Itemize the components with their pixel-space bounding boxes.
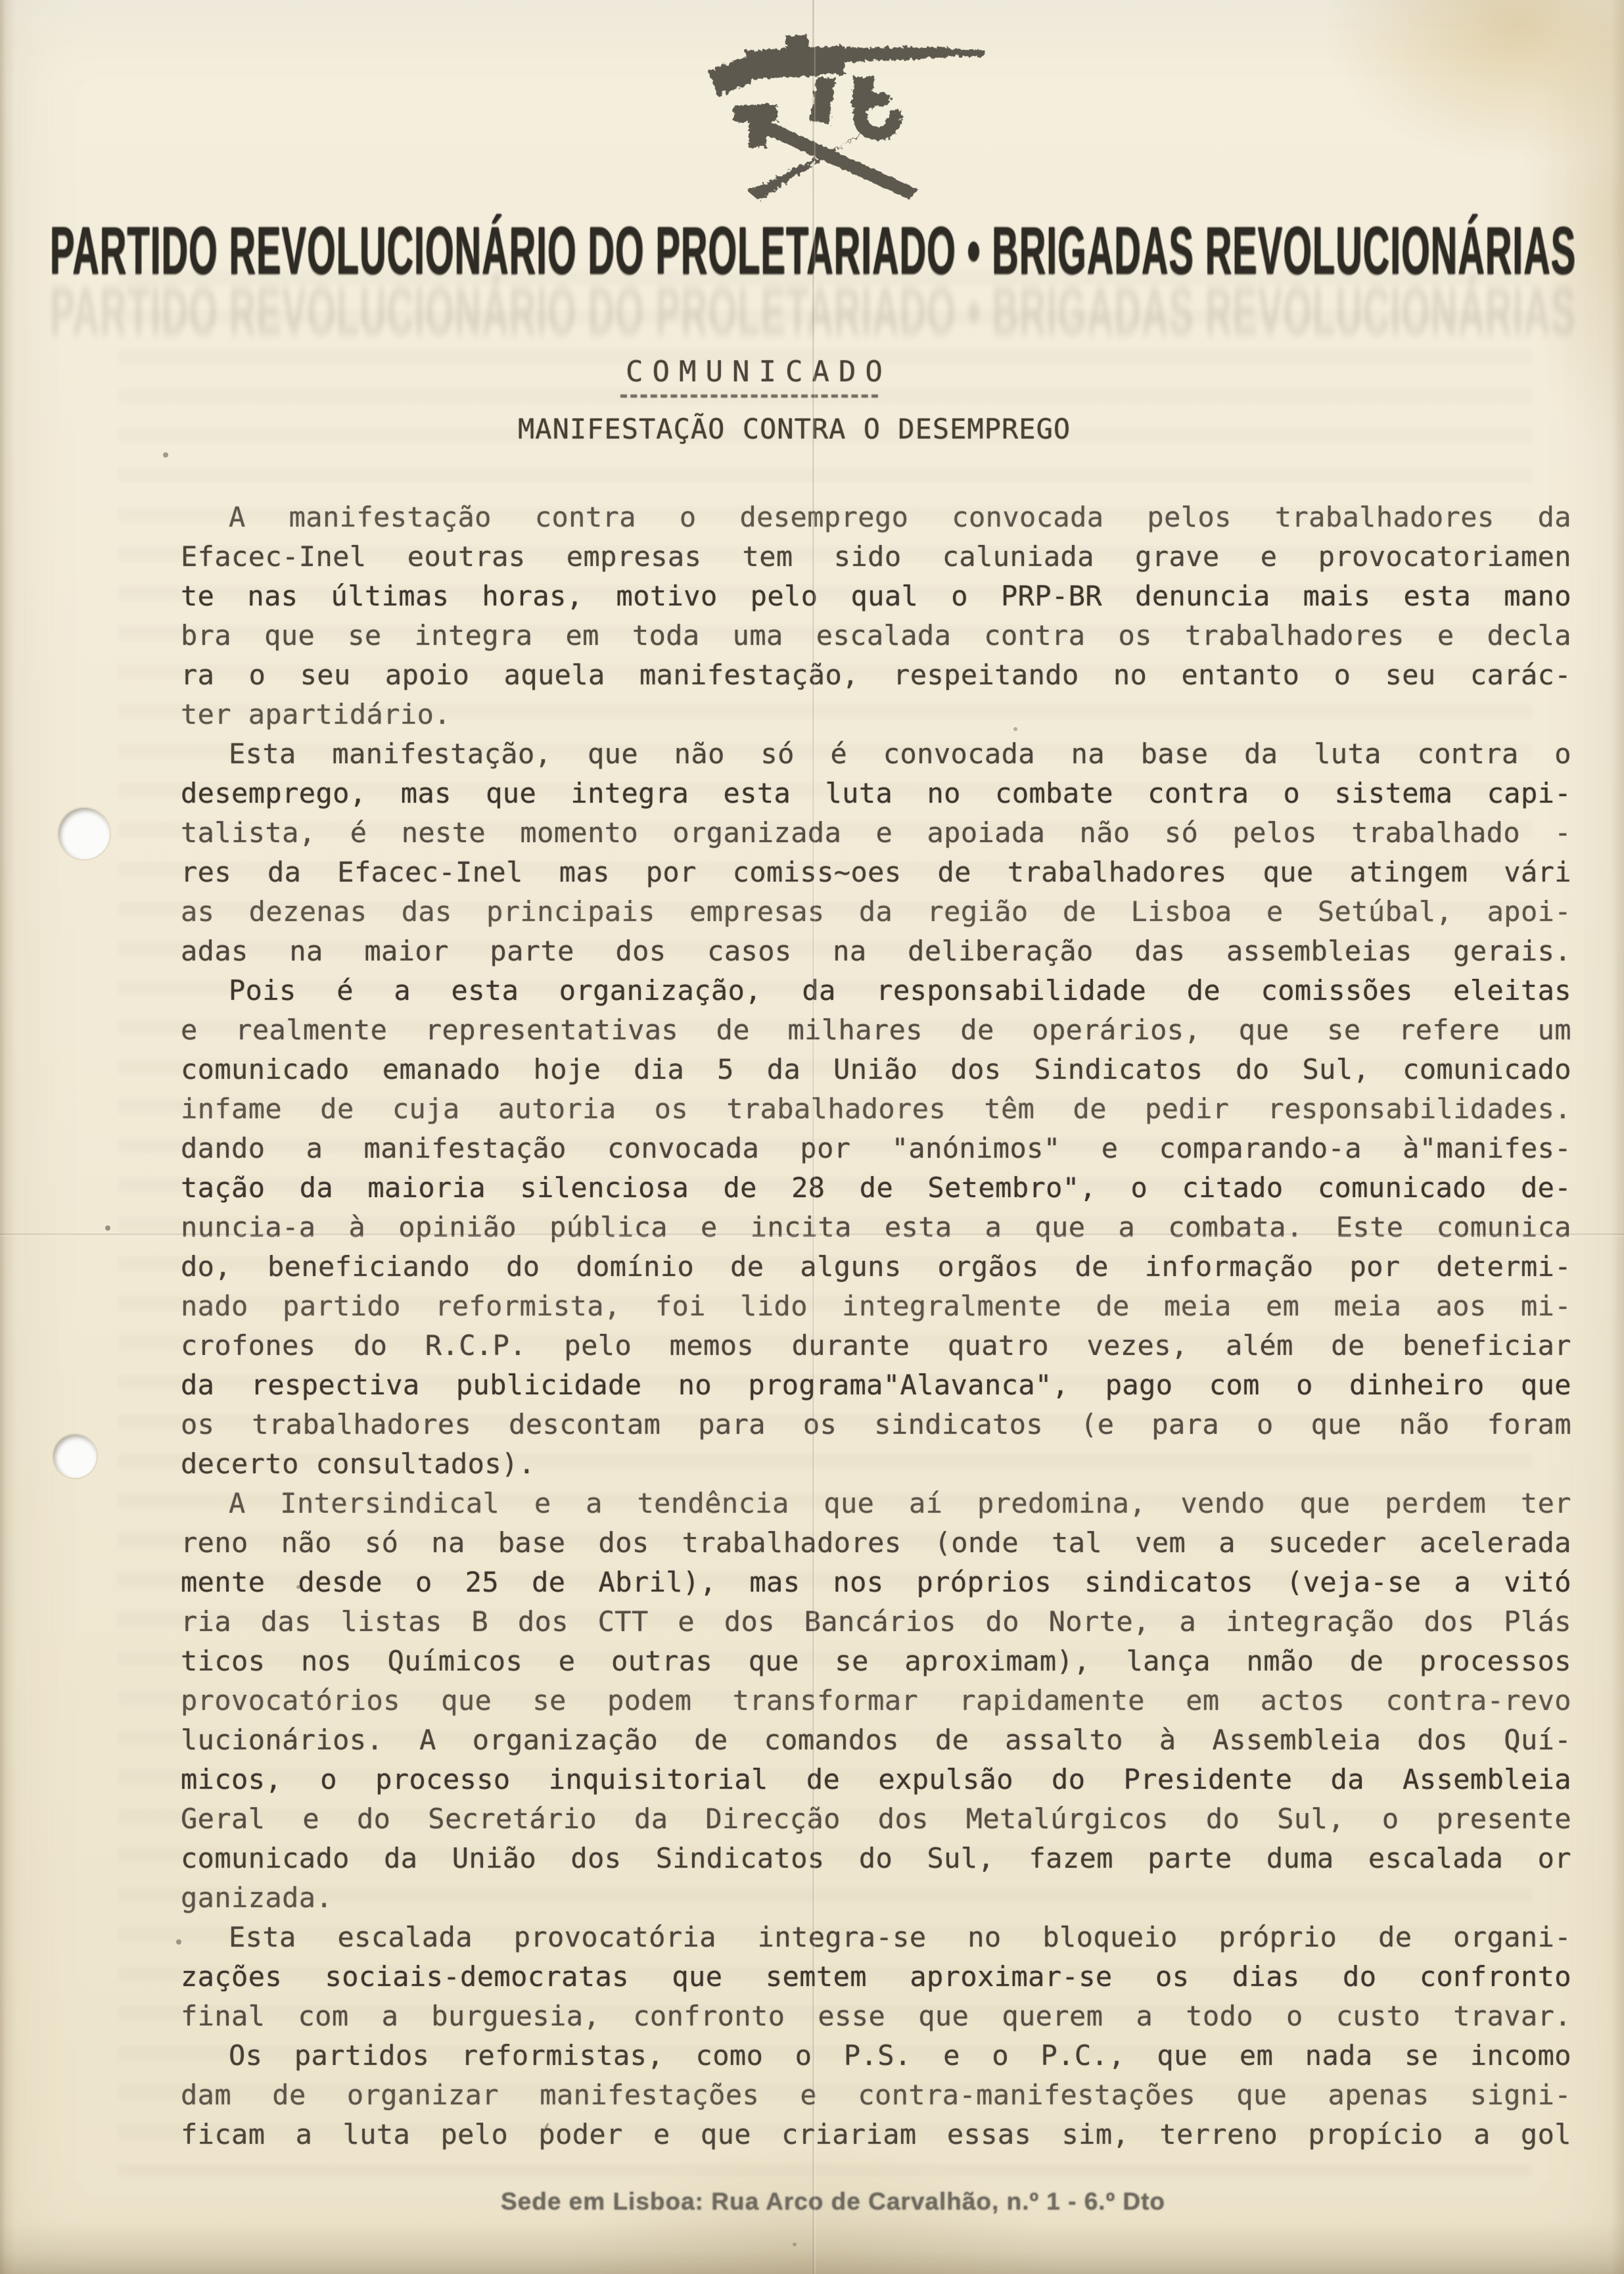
body-line: Esta escalada provocatória integra-se no… <box>181 1918 1571 1957</box>
body-line: os trabalhadores descontam para os sindi… <box>181 1405 1571 1444</box>
body-line: comunicado da União dos Sindicatos do Su… <box>181 1839 1571 1878</box>
body-line: tação da maioria silenciosa de 28 de Set… <box>181 1168 1571 1208</box>
body-line: talista, é neste momento organizada e ap… <box>181 813 1571 853</box>
body-line: A Intersindical e a tendência que aí pre… <box>181 1484 1571 1523</box>
body-line: mente desde o 25 de Abril), mas nos próp… <box>181 1563 1571 1602</box>
body-line: nuncia-a à opinião pública e incita esta… <box>181 1208 1571 1247</box>
body-line: A manifestação contra o desemprego convo… <box>181 498 1571 537</box>
body-line: decerto consultados). <box>181 1444 1571 1484</box>
body-line: nado partido reformista, foi lido integr… <box>181 1287 1571 1326</box>
rifle-hammer-wrench-icon <box>687 30 999 203</box>
body-line: crofones do R.C.P. pelo memos durante qu… <box>181 1326 1571 1365</box>
body-line: lucionários. A organização de comandos d… <box>181 1720 1571 1760</box>
doc-type-title: COMUNICADO <box>626 355 892 389</box>
body-line: te nas últimas horas, motivo pelo qual o… <box>181 577 1571 616</box>
body-line: res da Efacec-Inel mas por comiss~oes de… <box>181 853 1571 892</box>
body-line: as dezenas das principais empresas da re… <box>181 892 1571 932</box>
body-line: bra que se integra em toda uma escalada … <box>181 616 1571 655</box>
doc-subtitle: MANIFESTAÇÃO CONTRA O DESEMPREGO <box>518 413 1071 445</box>
body-line: reno não só na base dos trabalhadores (o… <box>181 1523 1571 1563</box>
body-line: dam de organizar manifestações e contra-… <box>181 2075 1571 2115</box>
body-line: ter apartidário. <box>181 695 1571 734</box>
doc-type-dashed-underline <box>620 394 878 398</box>
body-line: Esta manifestação, que não só é convocad… <box>181 734 1571 774</box>
body-line: ficam a luta pelo poder e que criariam e… <box>181 2115 1571 2154</box>
body-line: Os partidos reformistas, como o P.S. e o… <box>181 2036 1571 2075</box>
body-line: Geral e do Secretário da Direcção dos Me… <box>181 1799 1571 1839</box>
body-line: Pois é a esta organização, da responsabi… <box>181 971 1571 1010</box>
body-line: micos, o processo inquisitorial de expul… <box>181 1760 1571 1799</box>
hole-punch-middle <box>53 1434 97 1478</box>
body-line: do, beneficiando do domínio de alguns or… <box>181 1247 1571 1287</box>
body-line: e realmente representativas de milhares … <box>181 1010 1571 1050</box>
body-line: desemprego, mas que integra esta luta no… <box>181 774 1571 813</box>
body-line: adas na maior parte dos casos na deliber… <box>181 932 1571 971</box>
body-line: da respectiva publicidade no programa"Al… <box>181 1365 1571 1405</box>
scanned-document-page: PARTIDO REVOLUCIONÁRIO DO PROLETARIADO •… <box>0 0 1624 2274</box>
body-line: ganizada. <box>181 1878 1571 1918</box>
hole-punch-top <box>58 808 110 859</box>
body-line: zações sociais-democratas que semtem apr… <box>181 1957 1571 1997</box>
body-line: ticos nos Químicos e outras que se aprox… <box>181 1642 1571 1681</box>
document-body: A manifestação contra o desemprego convo… <box>181 498 1571 2154</box>
body-line: final com a burguesia, confronto esse qu… <box>181 1997 1571 2036</box>
body-line: ria das listas B dos CTT e dos Bancários… <box>181 1602 1571 1642</box>
body-line: comunicado emanado hoje dia 5 da União d… <box>181 1050 1571 1089</box>
body-line: dando a manifestação convocada por "anón… <box>181 1129 1571 1168</box>
body-line: infame de cuja autoria os trabalhadores … <box>181 1089 1571 1129</box>
body-line: provocatórios que se podem transformar r… <box>181 1681 1571 1720</box>
dust-specks <box>0 0 3 3</box>
body-line: ra o seu apoio aquela manifestação, resp… <box>181 655 1571 695</box>
vertical-fold-crease <box>812 0 814 2274</box>
horizontal-fold-crease <box>0 1233 1624 1235</box>
body-line: Efacec-Inel eoutras empresas tem sido ca… <box>181 537 1571 577</box>
